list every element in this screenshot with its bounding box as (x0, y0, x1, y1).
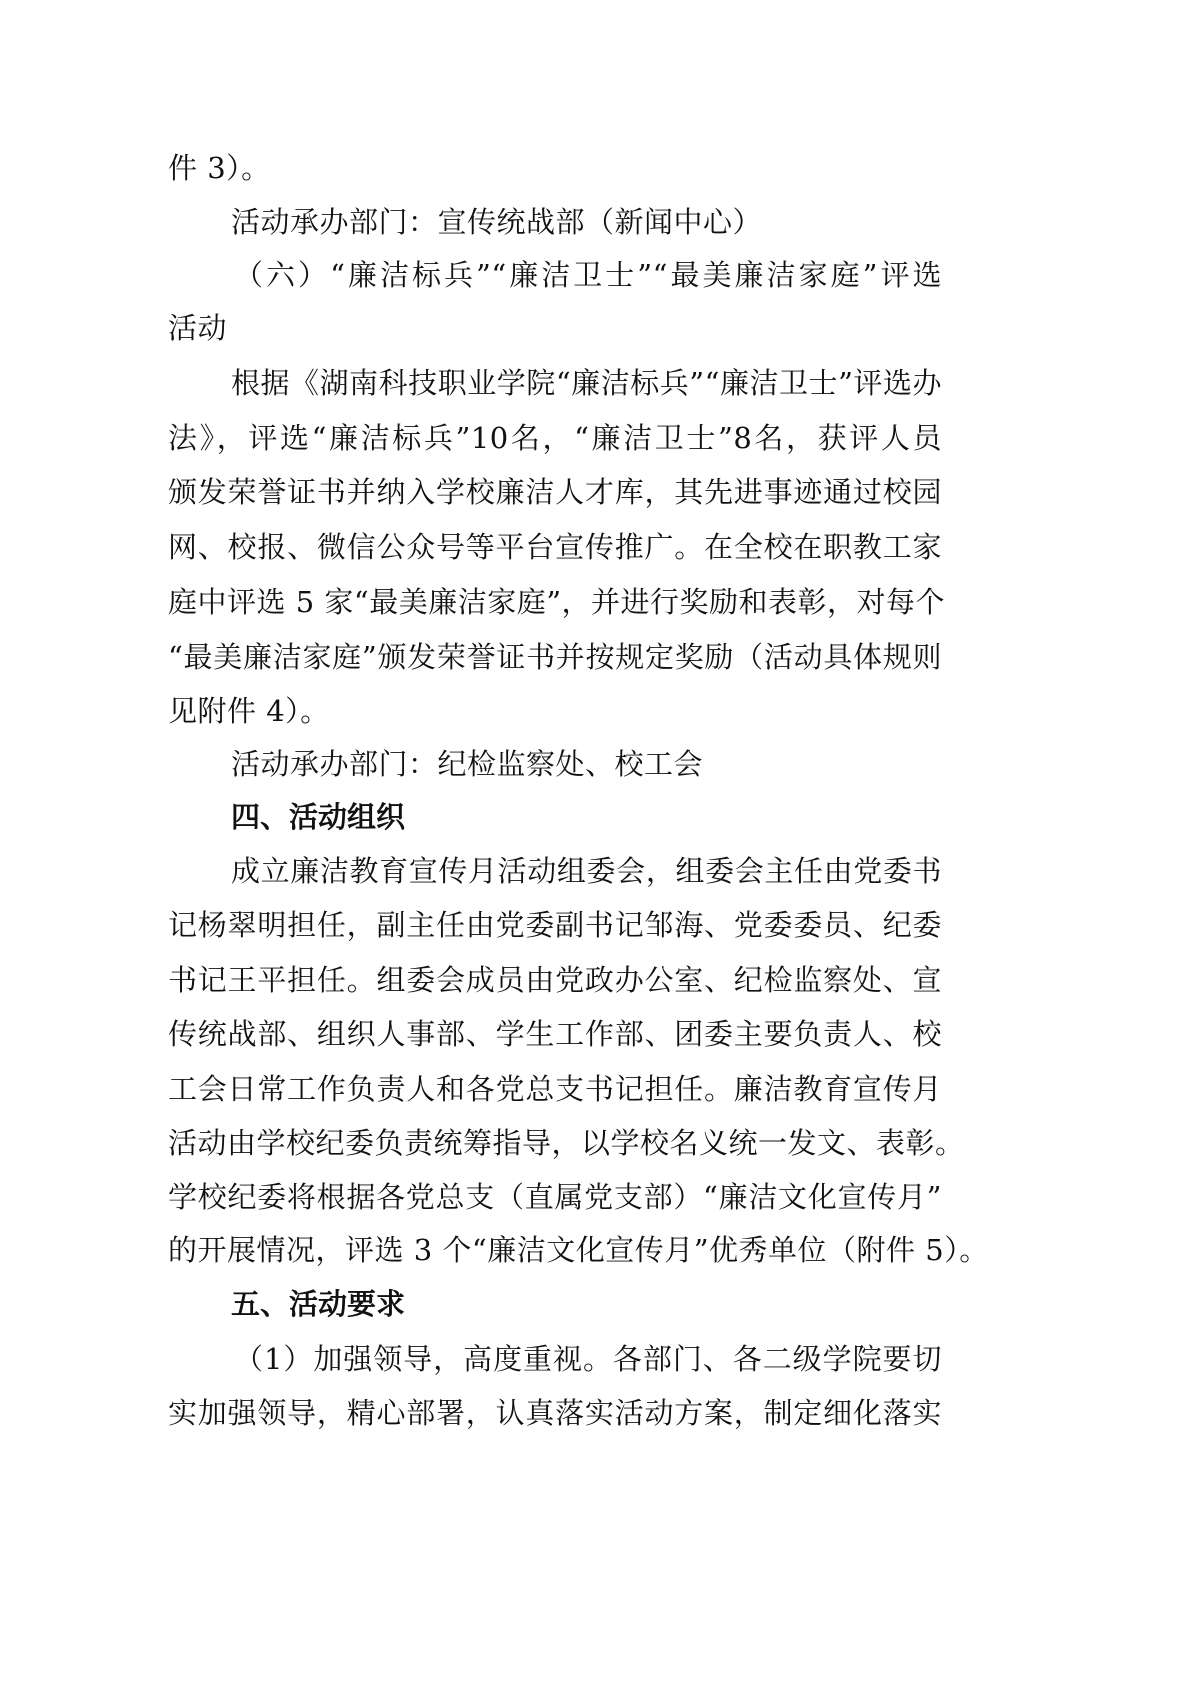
section-heading-five: 五、活动要求 (231, 1284, 942, 1324)
paragraph-line-attachment-5-ref: 的开展情况，评选 3 个“廉洁文化宣传月”优秀单位（附件 5）。 (168, 1230, 942, 1270)
paragraph-line: 传统战部、组织人事部、学生工作部、团委主要负责人、校 (168, 1014, 942, 1054)
subsection-heading-six-continued: 活动 (168, 308, 942, 348)
paragraph-line: 成立廉洁教育宣传月活动组委会，组委会主任由党委书 (231, 851, 942, 891)
paragraph-line: 工会日常工作负责人和各党总支书记担任。廉洁教育宣传月 (168, 1069, 942, 1109)
paragraph-line: 书记王平担任。组委会成员由党政办公室、纪检监察处、宣 (168, 960, 942, 1000)
paragraph-line: 颁发荣誉证书并纳入学校廉洁人才库，其先进事迹通过校园 (168, 472, 942, 512)
paragraph-line-attachment-3-ref: 件 3）。 (168, 148, 942, 188)
paragraph-line: “最美廉洁家庭”颁发荣誉证书并按规定奖励（活动具体规则 (168, 637, 942, 677)
subsection-heading-six: （六）“廉洁标兵”“廉洁卫士”“最美廉洁家庭”评选 (234, 255, 942, 295)
paragraph-line: 法》，评选“廉洁标兵”10名，“廉洁卫士”8名，获评人员 (168, 418, 942, 458)
paragraph-line: 庭中评选 5 家“最美廉洁家庭”，并进行奖励和表彰，对每个 (168, 582, 942, 622)
document-page: 件 3）。 活动承办部门：宣传统战部（新闻中心） （六）“廉洁标兵”“廉洁卫士”… (0, 0, 1191, 1684)
section-heading-four: 四、活动组织 (231, 797, 942, 837)
organizer-line-discipline: 活动承办部门：纪检监察处、校工会 (231, 744, 942, 784)
paragraph-line: 网、校报、微信公众号等平台宣传推广。在全校在职教工家 (168, 527, 942, 567)
paragraph-line: 活动由学校纪委负责统筹指导，以学校名义统一发文、表彰。 (168, 1123, 942, 1163)
paragraph-line-attachment-4-ref: 见附件 4）。 (168, 691, 942, 731)
paragraph-line: 根据《湖南科技职业学院“廉洁标兵”“廉洁卫士”评选办 (231, 363, 942, 403)
organizer-line-publicity: 活动承办部门：宣传统战部（新闻中心） (231, 202, 942, 242)
paragraph-line: 实加强领导，精心部署，认真落实活动方案，制定细化落实 (168, 1393, 942, 1433)
paragraph-line: 学校纪委将根据各党总支（直属党支部）“廉洁文化宣传月” (168, 1177, 942, 1217)
paragraph-line: 记杨翠明担任，副主任由党委副书记邹海、党委委员、纪委 (168, 905, 942, 945)
requirement-item-1: （1）加强领导，高度重视。各部门、各二级学院要切 (234, 1339, 942, 1379)
